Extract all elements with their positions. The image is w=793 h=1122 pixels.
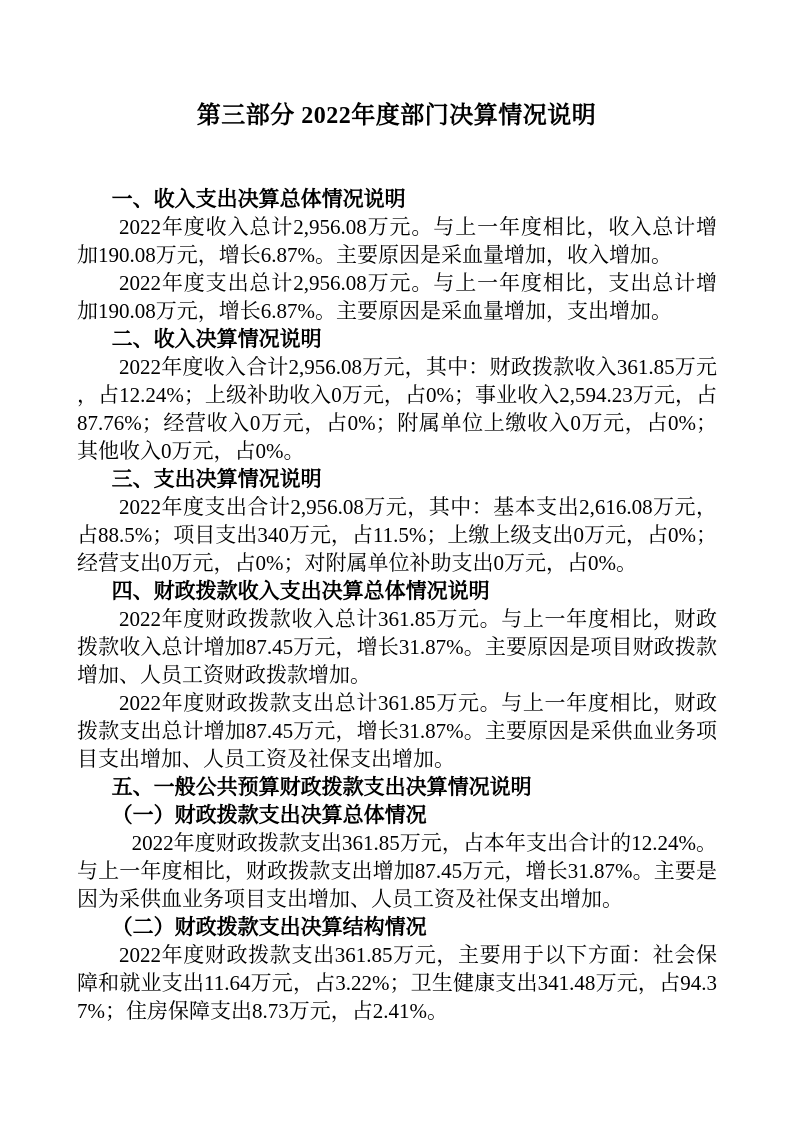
section-4-paragraph-2: 2022年度财政拨款支出总计361.85万元。与上一年度相比，财政拨款支出总计增… (77, 689, 717, 773)
section-5-subsection-1-heading: （一）财政拨款支出决算总体情况 (77, 801, 717, 829)
section-3-heading: 三、支出决算情况说明 (77, 465, 717, 493)
section-1-paragraph-1: 2022年度收入总计2,956.08万元。与上一年度相比，收入总计增加190.0… (77, 213, 717, 269)
section-5-heading: 五、一般公共预算财政拨款支出决算情况说明 (77, 773, 717, 801)
section-3-paragraph-1: 2022年度支出合计2,956.08万元，其中：基本支出2,616.08万元，占… (77, 493, 717, 577)
section-2-paragraph-1: 2022年度收入合计2,956.08万元，其中：财政拨款收入361.85万元，占… (77, 353, 717, 465)
document-body: 一、收入支出决算总体情况说明 2022年度收入总计2,956.08万元。与上一年… (77, 185, 717, 1025)
section-4-heading: 四、财政拨款收入支出决算总体情况说明 (77, 577, 717, 605)
section-1-heading: 一、收入支出决算总体情况说明 (77, 185, 717, 213)
section-5-subsection-2-heading: （二）财政拨款支出决算结构情况 (77, 913, 717, 941)
section-1-paragraph-2: 2022年度支出总计2,956.08万元。与上一年度相比，支出总计增加190.0… (77, 269, 717, 325)
document-title: 第三部分 2022年度部门决算情况说明 (0, 100, 793, 132)
section-5-subsection-1-paragraph-1: 2022年度财政拨款支出361.85万元，占本年支出合计的12.24%。与上一年… (77, 829, 717, 913)
section-2-heading: 二、收入决算情况说明 (77, 325, 717, 353)
section-4-paragraph-1: 2022年度财政拨款收入总计361.85万元。与上一年度相比，财政拨款收入总计增… (77, 605, 717, 689)
section-5-subsection-2-paragraph-1: 2022年度财政拨款支出361.85万元，主要用于以下方面：社会保障和就业支出1… (77, 941, 717, 1025)
document-page: 第三部分 2022年度部门决算情况说明 一、收入支出决算总体情况说明 2022年… (0, 0, 793, 1122)
